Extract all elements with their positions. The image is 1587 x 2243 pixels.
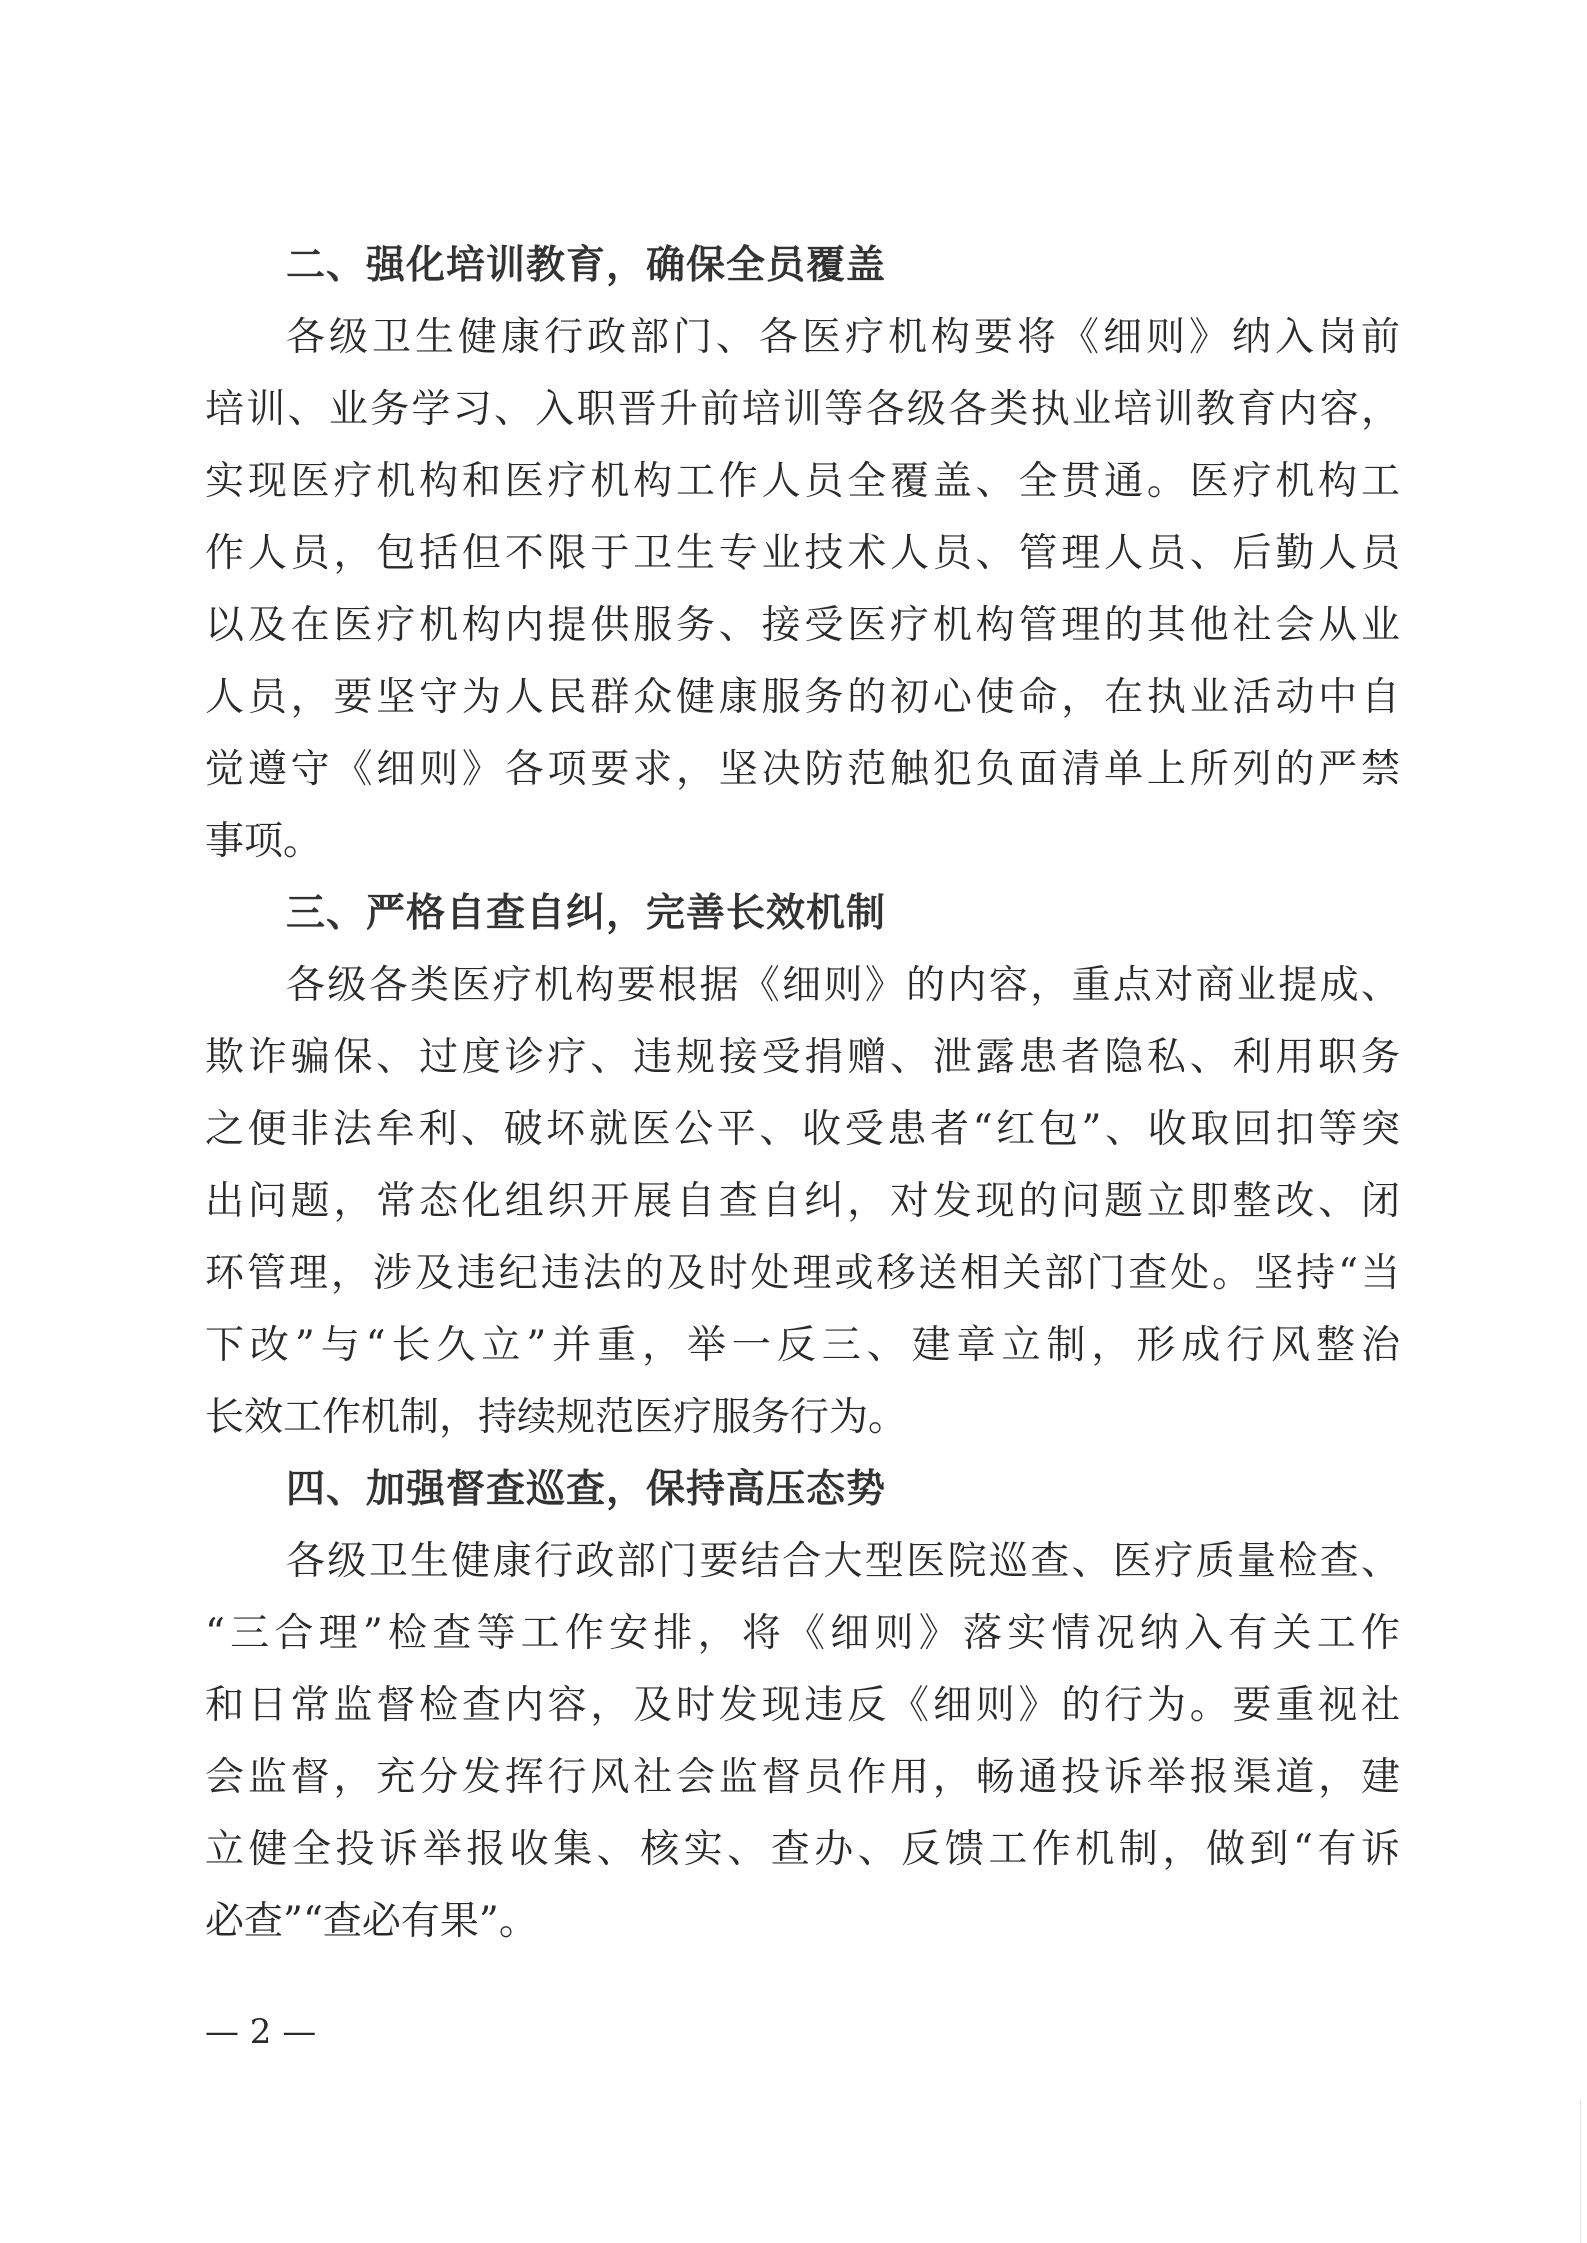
paragraph-line: 实现医疗机构和医疗机构工作人员全覆盖、全贯通。医疗机构工 [205,446,1400,518]
paragraph-line: 和日常监督检查内容，及时发现违反《细则》的行为。要重视社 [205,1670,1400,1742]
paragraph-line: 觉遵守《细则》各项要求，坚决防范触犯负面清单上所列的严禁 [205,734,1400,806]
paragraph-line: 环管理，涉及违纪违法的及时处理或移送相关部门查处。坚持“当 [205,1238,1400,1310]
paragraph-line: 各级卫生健康行政部门要结合大型医院巡查、医疗质量检查、 [286,1526,1400,1598]
paragraph-line: 欺诈骗保、过度诊疗、违规接受捐赠、泄露患者隐私、利用职务 [205,1022,1400,1094]
paragraph-line: 必查”“查必有果”。 [205,1886,1400,1958]
paragraph-line: 长效工作机制，持续规范医疗服务行为。 [205,1382,1400,1454]
paragraph-line: 各级各类医疗机构要根据《细则》的内容，重点对商业提成、 [286,950,1400,1022]
paragraph-line: 下改”与“长久立”并重，举一反三、建章立制，形成行风整治 [205,1310,1400,1382]
scan-edge-divider [1580,2100,1581,2243]
paragraph-line: 出问题，常态化组织开展自查自纠，对发现的问题立即整改、闭 [205,1166,1400,1238]
section-heading-3: 三、严格自查自纠，完善长效机制 [286,878,886,950]
paragraph-line: 培训、业务学习、入职晋升前培训等各级各类执业培训教育内容， [205,374,1400,446]
paragraph-line: 之便非法牟利、破坏就医公平、收受患者“红包”、收取回扣等突 [205,1094,1400,1166]
paragraph-line: 会监督，充分发挥行风社会监督员作用，畅通投诉举报渠道，建 [205,1742,1400,1814]
paragraph-line: 各级卫生健康行政部门、各医疗机构要将《细则》纳入岗前 [286,302,1400,374]
document-page: 二、强化培训教育，确保全员覆盖 各级卫生健康行政部门、各医疗机构要将《细则》纳入… [0,0,1587,2243]
page-number: — 2 — [205,2012,316,2052]
paragraph-line: 事项。 [205,806,1400,878]
paragraph-line: 立健全投诉举报收集、核实、查办、反馈工作机制，做到“有诉 [205,1814,1400,1886]
paragraph-line: 作人员，包括但不限于卫生专业技术人员、管理人员、后勤人员 [205,518,1400,590]
paragraph-line: 人员，要坚守为人民群众健康服务的初心使命，在执业活动中自 [205,662,1400,734]
section-heading-2: 二、强化培训教育，确保全员覆盖 [286,230,886,302]
paragraph-line: “三合理”检查等工作安排，将《细则》落实情况纳入有关工作 [205,1598,1400,1670]
section-heading-4: 四、加强督查巡查，保持高压态势 [286,1454,886,1526]
paragraph-line: 以及在医疗机构内提供服务、接受医疗机构管理的其他社会从业 [205,590,1400,662]
